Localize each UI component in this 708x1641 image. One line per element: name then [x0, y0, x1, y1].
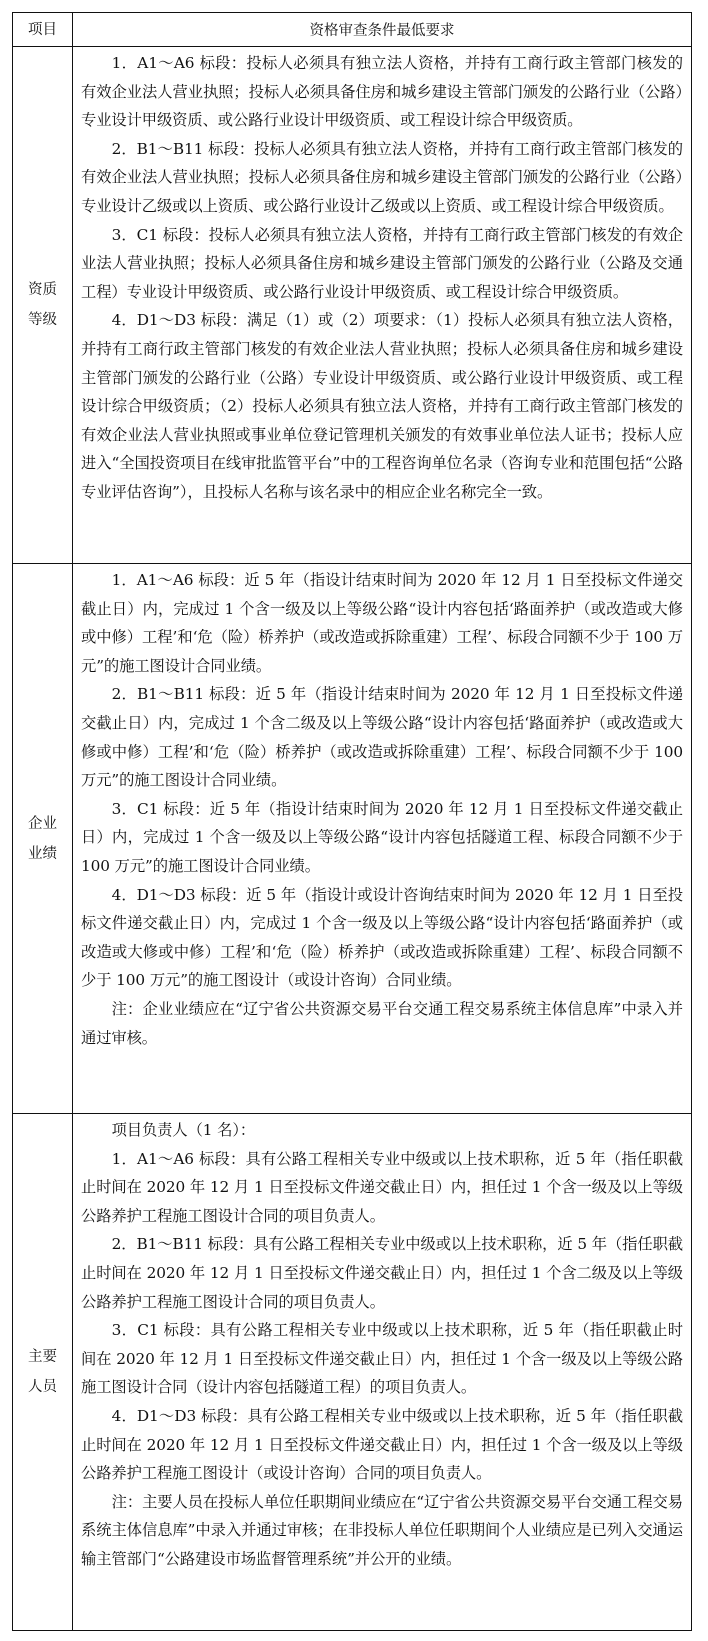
row-label: 企业 业绩: [13, 564, 73, 1113]
requirement-paragraph: 2．B1～B11 标段：具有公路工程相关专业中级或以上技术职称，近 5 年（指任…: [81, 1230, 683, 1316]
requirement-paragraph: 1．A1～A6 标段：投标人必须具有独立法人资格，并持有工商行政主管部门核发的有…: [81, 49, 683, 135]
requirement-paragraph: 3．C1 标段：近 5 年（指设计结束时间为 2020 年 12 月 1 日至投…: [81, 795, 683, 881]
row-content: 1．A1～A6 标段：投标人必须具有独立法人资格，并持有工商行政主管部门核发的有…: [73, 47, 691, 563]
requirement-paragraph: 3．C1 标段：投标人必须具有独立法人资格，并持有工商行政主管部门核发的有效企业…: [81, 221, 683, 307]
table-row-key-personnel: 主要 人员 项目负责人（1 名）： 1．A1～A6 标段：具有公路工程相关专业中…: [13, 1113, 691, 1630]
requirement-paragraph: 1．A1～A6 标段：近 5 年（指设计结束时间为 2020 年 12 月 1 …: [81, 566, 683, 680]
qualification-requirements-table: 项目 资格审查条件最低要求 资质 等级 1．A1～A6 标段：投标人必须具有独立…: [12, 12, 692, 1631]
row-label: 资质 等级: [13, 47, 73, 563]
note-paragraph: 注：企业业绩应在“辽宁省公共资源交易平台交通工程交易系统主体信息库”中录入并通过…: [81, 995, 683, 1052]
row-content: 项目负责人（1 名）： 1．A1～A6 标段：具有公路工程相关专业中级或以上技术…: [73, 1114, 691, 1630]
header-item: 项目: [13, 13, 73, 46]
row-label: 主要 人员: [13, 1114, 73, 1630]
header-requirements: 资格审查条件最低要求: [73, 13, 691, 46]
row-label-line: 等级: [28, 305, 57, 335]
table-header-row: 项目 资格审查条件最低要求: [13, 13, 691, 46]
section-subtitle: 项目负责人（1 名）：: [81, 1116, 683, 1145]
requirement-paragraph: 4．D1～D3 标段：近 5 年（指设计或设计咨询结束时间为 2020 年 12…: [81, 881, 683, 995]
row-label-line: 资质: [28, 275, 57, 305]
row-content: 1．A1～A6 标段：近 5 年（指设计结束时间为 2020 年 12 月 1 …: [73, 564, 691, 1113]
row-label-line: 人员: [28, 1372, 57, 1402]
row-label-line: 企业: [28, 809, 57, 839]
row-label-line: 主要: [28, 1342, 57, 1372]
requirement-paragraph: 2．B1～B11 标段：近 5 年（指设计结束时间为 2020 年 12 月 1…: [81, 680, 683, 794]
requirement-paragraph: 3．C1 标段：具有公路工程相关专业中级或以上技术职称，近 5 年（指任职截止时…: [81, 1316, 683, 1402]
note-paragraph: 注：主要人员在投标人单位任职期间业绩应在“辽宁省公共资源交易平台交通工程交易系统…: [81, 1488, 683, 1574]
table-row-company-performance: 企业 业绩 1．A1～A6 标段：近 5 年（指设计结束时间为 2020 年 1…: [13, 563, 691, 1113]
requirement-paragraph: 1．A1～A6 标段：具有公路工程相关专业中级或以上技术职称，近 5 年（指任职…: [81, 1145, 683, 1231]
table-row-qualification-level: 资质 等级 1．A1～A6 标段：投标人必须具有独立法人资格，并持有工商行政主管…: [13, 46, 691, 563]
row-label-line: 业绩: [28, 839, 57, 869]
requirement-paragraph: 4．D1～D3 标段：具有公路工程相关专业中级或以上技术职称，近 5 年（指任职…: [81, 1402, 683, 1488]
requirement-paragraph: 2．B1～B11 标段：投标人必须具有独立法人资格，并持有工商行政主管部门核发的…: [81, 135, 683, 221]
requirement-paragraph: 4．D1～D3 标段：满足（1）或（2）项要求：（1）投标人必须具有独立法人资格…: [81, 306, 683, 506]
